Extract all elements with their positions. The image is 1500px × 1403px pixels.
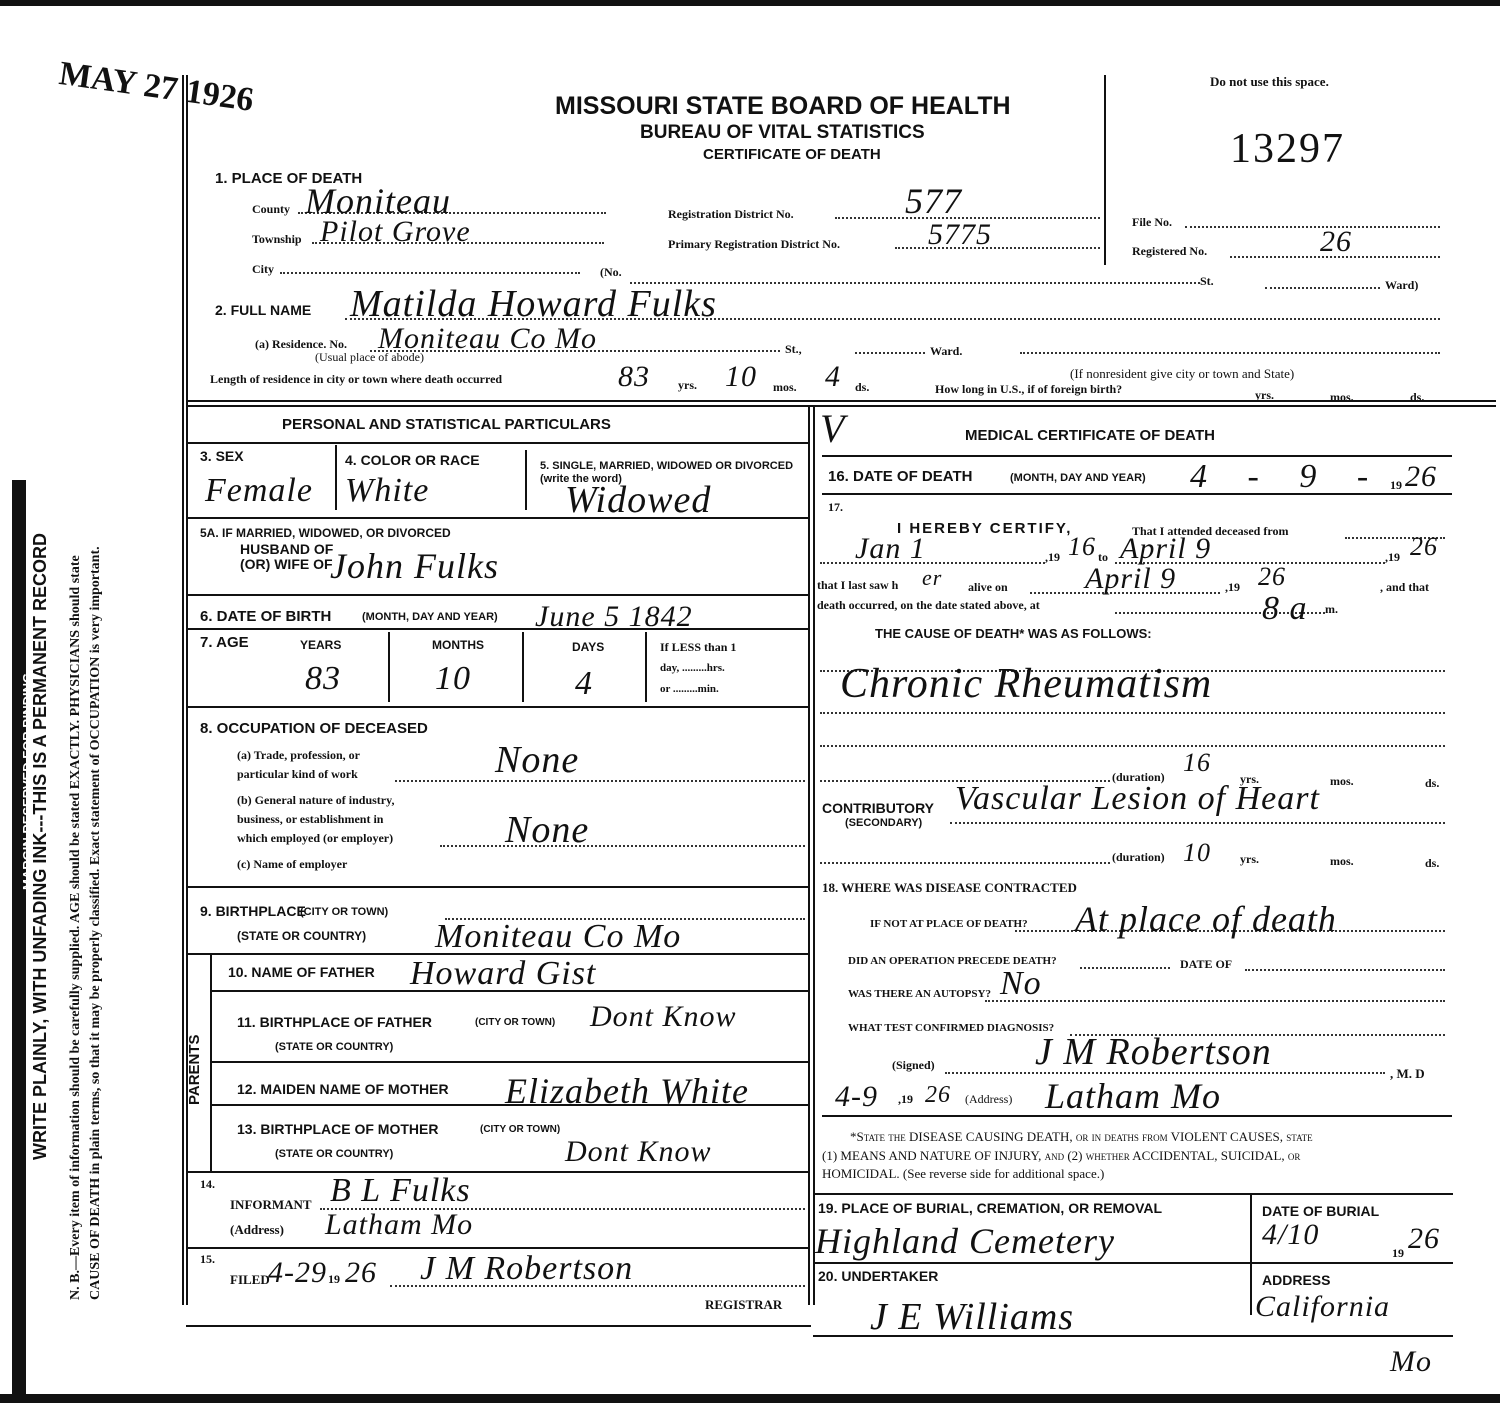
personal-heading: PERSONAL AND STATISTICAL PARTICULARS	[282, 416, 611, 433]
bureau-title: BUREAU OF VITAL STATISTICS	[640, 122, 925, 144]
age-years-label: YEARS	[300, 638, 341, 652]
informant-label: INFORMANT	[230, 1197, 312, 1213]
column-divider	[808, 405, 810, 1305]
length-days-value: 4	[825, 360, 841, 394]
age-less-min: or .........min.	[660, 683, 719, 695]
occ-a-label-1: (a) Trade, profession, or	[237, 748, 360, 763]
race-label: 4. COLOR OR RACE	[345, 452, 480, 468]
registrar-label: REGISTRAR	[705, 1297, 782, 1313]
cause-line-2	[820, 712, 1445, 714]
dod-year-value: 26	[1405, 460, 1437, 494]
alive-year-value: 26	[1258, 562, 1286, 592]
check-mark: V	[820, 405, 845, 452]
cell-divider	[645, 632, 647, 702]
operation-date-line	[1245, 969, 1445, 971]
death-occurred-label: death occurred, on the date stated above…	[817, 598, 1040, 613]
ward-line	[1265, 287, 1380, 289]
length-yrs-label: yrs.	[678, 378, 697, 393]
father-name-label: 10. NAME OF FATHER	[228, 964, 375, 980]
column-divider-2	[813, 405, 815, 1305]
signed-year-prefix: ,19	[898, 1092, 913, 1107]
burial-date-value: 4/10	[1262, 1218, 1319, 1252]
sex-value: Female	[205, 472, 313, 510]
length-mos-label: mos.	[773, 380, 797, 395]
residence-ward-label: Ward.	[930, 344, 962, 359]
contributory-line	[950, 822, 1445, 824]
contrib-duration-value: 10	[1183, 838, 1211, 868]
autopsy-label: WAS THERE AN AUTOPSY?	[848, 988, 991, 1000]
foreign-ds-label: ds.	[1410, 390, 1424, 405]
write-plainly-notice: WRITE PLAINLY, WITH UNFADING INK---THIS …	[30, 533, 51, 1160]
alive-year-prefix: ,19	[1225, 580, 1240, 595]
last-saw-pronoun: er	[922, 565, 942, 591]
undertaker-address-value: California	[1255, 1290, 1390, 1324]
row-line	[822, 1115, 1452, 1117]
to-year-value: 26	[1410, 532, 1438, 562]
date-of-death-label: 16. DATE OF DEATH	[828, 468, 972, 485]
where-contracted-label: 18. WHERE WAS DISEASE CONTRACTED	[822, 880, 1077, 896]
township-label: Township	[252, 232, 302, 247]
informant-name-value: B L Fulks	[330, 1172, 471, 1210]
length-years-value: 83	[618, 360, 650, 394]
row-line	[186, 886, 808, 888]
age-days-label: DAYS	[572, 640, 604, 654]
filed-date-value: 4-29	[268, 1256, 327, 1290]
foreign-mos-label: mos.	[1330, 390, 1354, 405]
to-year-prefix: ,19	[1385, 550, 1400, 565]
dob-sub-label: (MONTH, DAY AND YEAR)	[362, 611, 498, 623]
occ-b-line	[440, 845, 805, 847]
to-date-value: April 9	[1120, 532, 1211, 566]
spouse-label-3: (OR) WIFE OF	[240, 556, 333, 572]
dob-label: 6. DATE OF BIRTH	[200, 608, 331, 625]
physician-address-label: (Address)	[965, 1092, 1012, 1107]
and-that: , and that	[1380, 580, 1429, 595]
burial-year-value: 26	[1408, 1222, 1440, 1256]
reg-district-value: 577	[905, 180, 962, 222]
dod-sub-label: (MONTH, DAY AND YEAR)	[1010, 472, 1146, 484]
cell-divider	[522, 632, 524, 702]
occ-a-value: None	[495, 738, 579, 782]
cause-of-death-value: Chronic Rheumatism	[840, 660, 1212, 708]
cause-of-death-label: THE CAUSE OF DEATH* WAS AS FOLLOWS:	[875, 626, 1152, 641]
occupation-label: 8. OCCUPATION OF DECEASED	[200, 720, 428, 737]
occ-b-label-1: (b) General nature of industry,	[237, 793, 394, 808]
father-bp-city-label: (CITY OR TOWN)	[475, 1017, 555, 1028]
do-not-use-note: Do not use this space.	[1210, 74, 1329, 90]
age-less-label: If LESS than 1	[660, 640, 736, 655]
undertaker-address-state: Mo	[1390, 1345, 1432, 1379]
street-suffix-label: St.	[1200, 274, 1214, 289]
filed-label: FILED	[230, 1272, 270, 1288]
registered-no-label: Registered No.	[1132, 244, 1207, 259]
footnote-line-3: HOMICIDAL. (See reverse side for additio…	[822, 1166, 1104, 1182]
occ-a-label-2: particular kind of work	[237, 767, 358, 782]
board-title: MISSOURI STATE BOARD OF HEALTH	[555, 92, 1011, 121]
autopsy-value: No	[1000, 965, 1042, 1003]
binding-margin-bar	[12, 480, 26, 1400]
row-line	[210, 1104, 808, 1106]
age-months-value: 10	[435, 660, 471, 698]
item-17-num: 17.	[828, 500, 843, 515]
signed-year-value: 26	[925, 1082, 951, 1109]
occ-c-label: (c) Name of employer	[237, 857, 347, 872]
reg-district-label: Registration District No.	[668, 207, 794, 222]
birthplace-state-label: (STATE OR COUNTRY)	[237, 929, 366, 943]
contributory-value: Vascular Lesion of Heart	[955, 780, 1320, 818]
alive-on-value: April 9	[1085, 562, 1176, 596]
informant-address-value: Latham Mo	[325, 1208, 473, 1242]
date-of-death-value: 4 - 9 -	[1190, 458, 1369, 496]
occ-b-value: None	[505, 808, 589, 852]
burial-place-label: 19. PLACE OF BURIAL, CREMATION, OR REMOV…	[818, 1200, 1162, 1216]
father-name-value: Howard Gist	[410, 955, 596, 993]
filed-year-value: 26	[345, 1256, 377, 1290]
filed-num: 15.	[200, 1252, 215, 1267]
township-value: Pilot Grove	[320, 215, 471, 249]
do-not-use-divider	[1104, 75, 1106, 265]
contrib-duration-label: (duration)	[1112, 850, 1165, 865]
city-line	[280, 272, 580, 274]
mother-birthplace-value: Dont Know	[565, 1135, 712, 1169]
physician-signature: J M Robertson	[1035, 1030, 1272, 1074]
scan-top-border	[0, 0, 1500, 6]
father-birthplace-label: 11. BIRTHPLACE OF FATHER	[237, 1014, 432, 1030]
contrib-mos-label: mos.	[1330, 854, 1354, 869]
age-less-hrs: day, .........hrs.	[660, 662, 725, 674]
row-line	[186, 706, 808, 708]
length-ds-label: ds.	[855, 380, 869, 395]
length-months-value: 10	[725, 360, 757, 394]
row-line	[186, 1247, 808, 1249]
death-time-value: 8 a	[1262, 590, 1308, 628]
birthplace-city-label: (CITY OR TOWN)	[300, 906, 388, 918]
row-line	[210, 990, 808, 992]
mother-bp-state-label: (STATE OR COUNTRY)	[275, 1148, 393, 1160]
primary-reg-line	[895, 247, 1100, 249]
cause-ds-label: ds.	[1425, 776, 1439, 791]
row-line	[813, 1335, 1453, 1337]
spouse-value: John Fulks	[330, 545, 499, 587]
if-not-place-label: IF NOT AT PLACE OF DEATH?	[870, 918, 1028, 930]
birthplace-value: Moniteau Co Mo	[435, 918, 681, 956]
full-name-label: 2. FULL NAME	[215, 302, 311, 318]
operation-line	[1080, 967, 1170, 969]
spouse-label-2: HUSBAND OF	[240, 541, 333, 557]
age-years-value: 83	[305, 660, 341, 698]
form-left-border	[182, 75, 184, 1305]
age-months-label: MONTHS	[432, 638, 484, 652]
cell-divider	[335, 445, 337, 510]
last-saw-label: that I last saw h	[817, 578, 898, 593]
contrib-duration-line	[820, 862, 1110, 864]
usual-abode-note: (Usual place of abode)	[315, 350, 424, 365]
informant-num: 14.	[200, 1177, 215, 1192]
county-label: County	[252, 202, 290, 217]
full-name-value: Matilda Howard Fulks	[350, 282, 717, 326]
where-contracted-value: At place of death	[1075, 898, 1337, 940]
death-time-suffix: m.	[1325, 602, 1338, 617]
cause-duration-value: 16	[1183, 748, 1211, 778]
cell-divider	[388, 632, 390, 702]
mother-name-label: 12. MAIDEN NAME OF MOTHER	[237, 1081, 449, 1097]
footnote-line-2: (1) MEANS AND NATURE OF INJURY, and (2) …	[822, 1148, 1300, 1164]
from-date-line	[820, 562, 1045, 564]
age-days-value: 4	[575, 665, 593, 703]
test-confirmed-label: WHAT TEST CONFIRMED DIAGNOSIS?	[848, 1022, 1054, 1034]
physician-address-value: Latham Mo	[1045, 1075, 1221, 1117]
nb-notice-line-2: CAUSE OF DEATH in plain terms, so that i…	[88, 546, 104, 1300]
from-year-value: 16	[1068, 532, 1096, 562]
row-line	[822, 493, 1452, 495]
primary-reg-label: Primary Registration District No.	[668, 237, 840, 252]
file-no-label: File No.	[1132, 215, 1172, 230]
row-line	[210, 1061, 808, 1063]
mother-bp-city-label: (CITY OR TOWN)	[480, 1124, 560, 1135]
alive-on-label: alive on	[968, 580, 1008, 595]
occ-b-label-2: business, or establishment in	[237, 812, 383, 827]
father-bp-state-label: (STATE OR COUNTRY)	[275, 1041, 393, 1053]
footnote-line-1: *State the DISEASE CAUSING DEATH, or in …	[850, 1129, 1313, 1145]
from-date-value: Jan 1	[855, 532, 926, 566]
form-left-border-inner	[186, 75, 188, 1305]
burial-date-label: DATE OF BURIAL	[1262, 1203, 1379, 1219]
cause-mos-label: mos.	[1330, 774, 1354, 789]
file-no-line	[1185, 226, 1440, 228]
city-label: City	[252, 262, 274, 277]
signed-date-value: 4-9	[835, 1080, 878, 1114]
undertaker-value: J E Williams	[870, 1295, 1074, 1339]
sex-label: 3. SEX	[200, 448, 244, 464]
occ-b-label-3: which employed (or employer)	[237, 831, 393, 846]
occ-a-line	[395, 780, 805, 782]
operation-date-label: DATE OF	[1180, 957, 1232, 972]
row-line	[186, 517, 808, 519]
length-of-residence-label: Length of residence in city or town wher…	[210, 372, 502, 387]
nb-notice-line-1: N. B.—Every item of information should b…	[68, 555, 84, 1300]
contributory-label: CONTRIBUTORY	[822, 800, 934, 816]
registrar-signature: J M Robertson	[420, 1250, 633, 1288]
filed-year-prefix: 19	[328, 1272, 340, 1287]
dod-year-prefix: 19	[1390, 478, 1402, 493]
residence-ward-line	[855, 352, 925, 354]
age-label: 7. AGE	[200, 634, 249, 651]
received-date-stamp: MAY 27 1926	[57, 55, 256, 120]
burial-divider	[1250, 1195, 1252, 1315]
autopsy-line	[985, 1000, 1445, 1002]
row-line	[813, 1193, 1453, 1195]
cause-line-3	[820, 745, 1445, 747]
cell-divider	[525, 450, 527, 510]
informant-address-label: (Address)	[230, 1222, 284, 1238]
father-birthplace-value: Dont Know	[590, 1000, 737, 1034]
row-line	[186, 442, 808, 444]
primary-reg-value: 5775	[928, 218, 992, 252]
parents-side-label: PARENTS	[186, 1034, 203, 1105]
row-line	[186, 1171, 808, 1173]
scan-bottom-border	[0, 1394, 1500, 1403]
signed-label: (Signed)	[892, 1058, 935, 1073]
medical-heading: MEDICAL CERTIFICATE OF DEATH	[965, 427, 1215, 444]
mother-birthplace-label: 13. BIRTHPLACE OF MOTHER	[237, 1121, 438, 1137]
undertaker-label: 20. UNDERTAKER	[818, 1268, 938, 1284]
race-value: White	[345, 472, 429, 510]
residence-st-label: St.,	[785, 342, 802, 357]
burial-place-value: Highland Cemetery	[815, 1220, 1115, 1262]
nonresident-note: (If nonresident give city or town and St…	[1070, 366, 1294, 382]
spouse-label-1: 5A. IF MARRIED, WIDOWED, OR DIVORCED	[200, 526, 451, 540]
row-line	[186, 594, 808, 596]
nonresident-line	[1020, 352, 1440, 354]
birthplace-label: 9. BIRTHPLACE	[200, 903, 306, 919]
foreign-birth-label: How long in U.S., if of foreign birth?	[935, 382, 1122, 397]
marital-status-value: Widowed	[565, 478, 711, 522]
from-year-prefix: ,19	[1045, 550, 1060, 565]
street-no-label: (No.	[600, 265, 622, 280]
row-line	[186, 1325, 811, 1327]
secondary-label: (SECONDARY)	[845, 817, 922, 829]
row-line	[822, 455, 1452, 457]
burial-year-prefix: 19	[1392, 1246, 1404, 1261]
ward-label: Ward)	[1385, 278, 1418, 293]
certificate-number: 13297	[1230, 125, 1345, 173]
section-divider	[186, 400, 1496, 402]
document-title: CERTIFICATE OF DEATH	[703, 146, 881, 163]
registered-no-value: 26	[1320, 225, 1352, 259]
contrib-yrs-label: yrs.	[1240, 852, 1259, 867]
md-suffix: , M. D	[1390, 1066, 1425, 1082]
undertaker-address-label: ADDRESS	[1262, 1272, 1330, 1288]
contrib-ds-label: ds.	[1425, 856, 1439, 871]
row-line	[186, 628, 808, 630]
row-line	[813, 1262, 1453, 1264]
